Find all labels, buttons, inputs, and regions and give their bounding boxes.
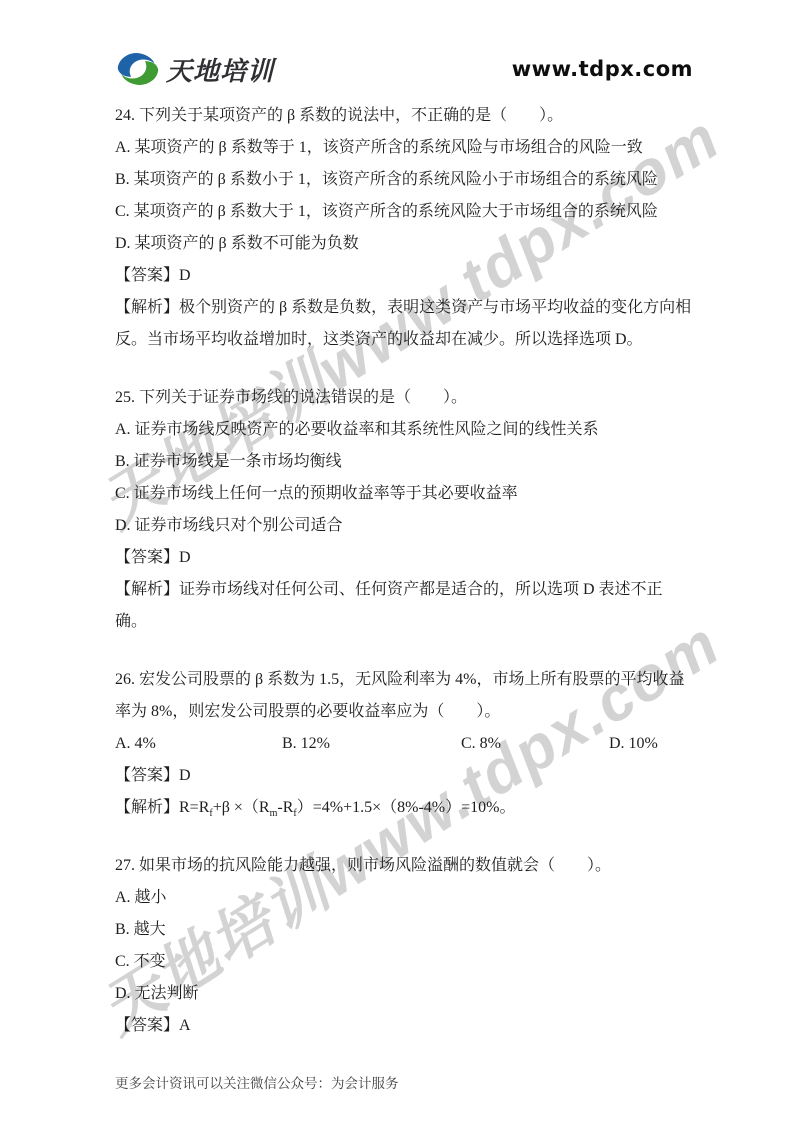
question-27-option-b: B. 越大	[115, 914, 693, 946]
question-24-answer: 【答案】D	[115, 260, 693, 292]
site-url: www.tdpx.com	[512, 57, 693, 81]
question-24-analysis: 【解析】极个别资产的 β 系数是负数，表明这类资产与市场平均收益的变化方向相反。…	[115, 292, 693, 356]
question-25-answer: 【答案】D	[115, 542, 693, 574]
question-24: 24. 下列关于某项资产的 β 系数的说法中，不正确的是（ ）。 A. 某项资产…	[115, 100, 693, 356]
question-26-options-row: A. 4% B. 12% C. 8% D. 10%	[115, 728, 693, 760]
question-25: 25. 下列关于证券市场线的说法错误的是（ ）。 A. 证券市场线反映资产的必要…	[115, 382, 693, 638]
question-27-option-a: A. 越小	[115, 882, 693, 914]
footer-note: 更多会计资讯可以关注微信公众号：为会计服务	[115, 1068, 693, 1100]
question-24-option-d: D. 某项资产的 β 系数不可能为负数	[115, 228, 693, 260]
question-26: 26. 宏发公司股票的 β 系数为 1.5，无风险利率为 4%，市场上所有股票的…	[115, 664, 693, 824]
question-27: 27. 如果市场的抗风险能力越强，则市场风险溢酬的数值就会（ ）。 A. 越小 …	[115, 850, 693, 1042]
question-26-option-a: A. 4%	[115, 728, 282, 760]
question-25-option-b: B. 证券市场线是一条市场均衡线	[115, 446, 693, 478]
question-26-option-c: C. 8%	[461, 728, 609, 760]
question-24-option-c: C. 某项资产的 β 系数大于 1，该资产所含的系统风险大于市场组合的系统风险	[115, 196, 693, 228]
question-24-stem: 24. 下列关于某项资产的 β 系数的说法中，不正确的是（ ）。	[115, 100, 693, 132]
logo-text: 天地培训	[166, 51, 274, 88]
header: 天地培训 www.tdpx.com	[115, 46, 693, 92]
question-25-option-d: D. 证券市场线只对个别公司适合	[115, 510, 693, 542]
question-26-stem: 26. 宏发公司股票的 β 系数为 1.5，无风险利率为 4%，市场上所有股票的…	[115, 664, 693, 728]
question-27-answer: 【答案】A	[115, 1010, 693, 1042]
question-24-option-b: B. 某项资产的 β 系数小于 1，该资产所含的系统风险小于市场组合的系统风险	[115, 164, 693, 196]
question-26-analysis-formula: 【解析】R=Rf+β ×（Rm-Rf）=4%+1.5×（8%-4%）=10%。	[115, 792, 693, 824]
question-27-stem: 27. 如果市场的抗风险能力越强，则市场风险溢酬的数值就会（ ）。	[115, 850, 693, 882]
question-27-option-d: D. 无法判断	[115, 978, 693, 1010]
question-26-option-b: B. 12%	[282, 728, 461, 760]
question-26-option-d: D. 10%	[609, 728, 693, 760]
page-content: 天地培训 www.tdpx.com 24. 下列关于某项资产的 β 系数的说法中…	[115, 46, 693, 1100]
question-25-stem: 25. 下列关于证券市场线的说法错误的是（ ）。	[115, 382, 693, 414]
logo: 天地培训	[115, 50, 274, 88]
logo-swirl-icon	[115, 50, 161, 88]
question-24-option-a: A. 某项资产的 β 系数等于 1，该资产所含的系统风险与市场组合的风险一致	[115, 132, 693, 164]
question-25-analysis: 【解析】证券市场线对任何公司、任何资产都是适合的，所以选项 D 表述不正确。	[115, 574, 693, 638]
question-26-answer: 【答案】D	[115, 760, 693, 792]
question-27-option-c: C. 不变	[115, 946, 693, 978]
question-25-option-c: C. 证券市场线上任何一点的预期收益率等于其必要收益率	[115, 478, 693, 510]
question-25-option-a: A. 证券市场线反映资产的必要收益率和其系统性风险之间的线性关系	[115, 414, 693, 446]
